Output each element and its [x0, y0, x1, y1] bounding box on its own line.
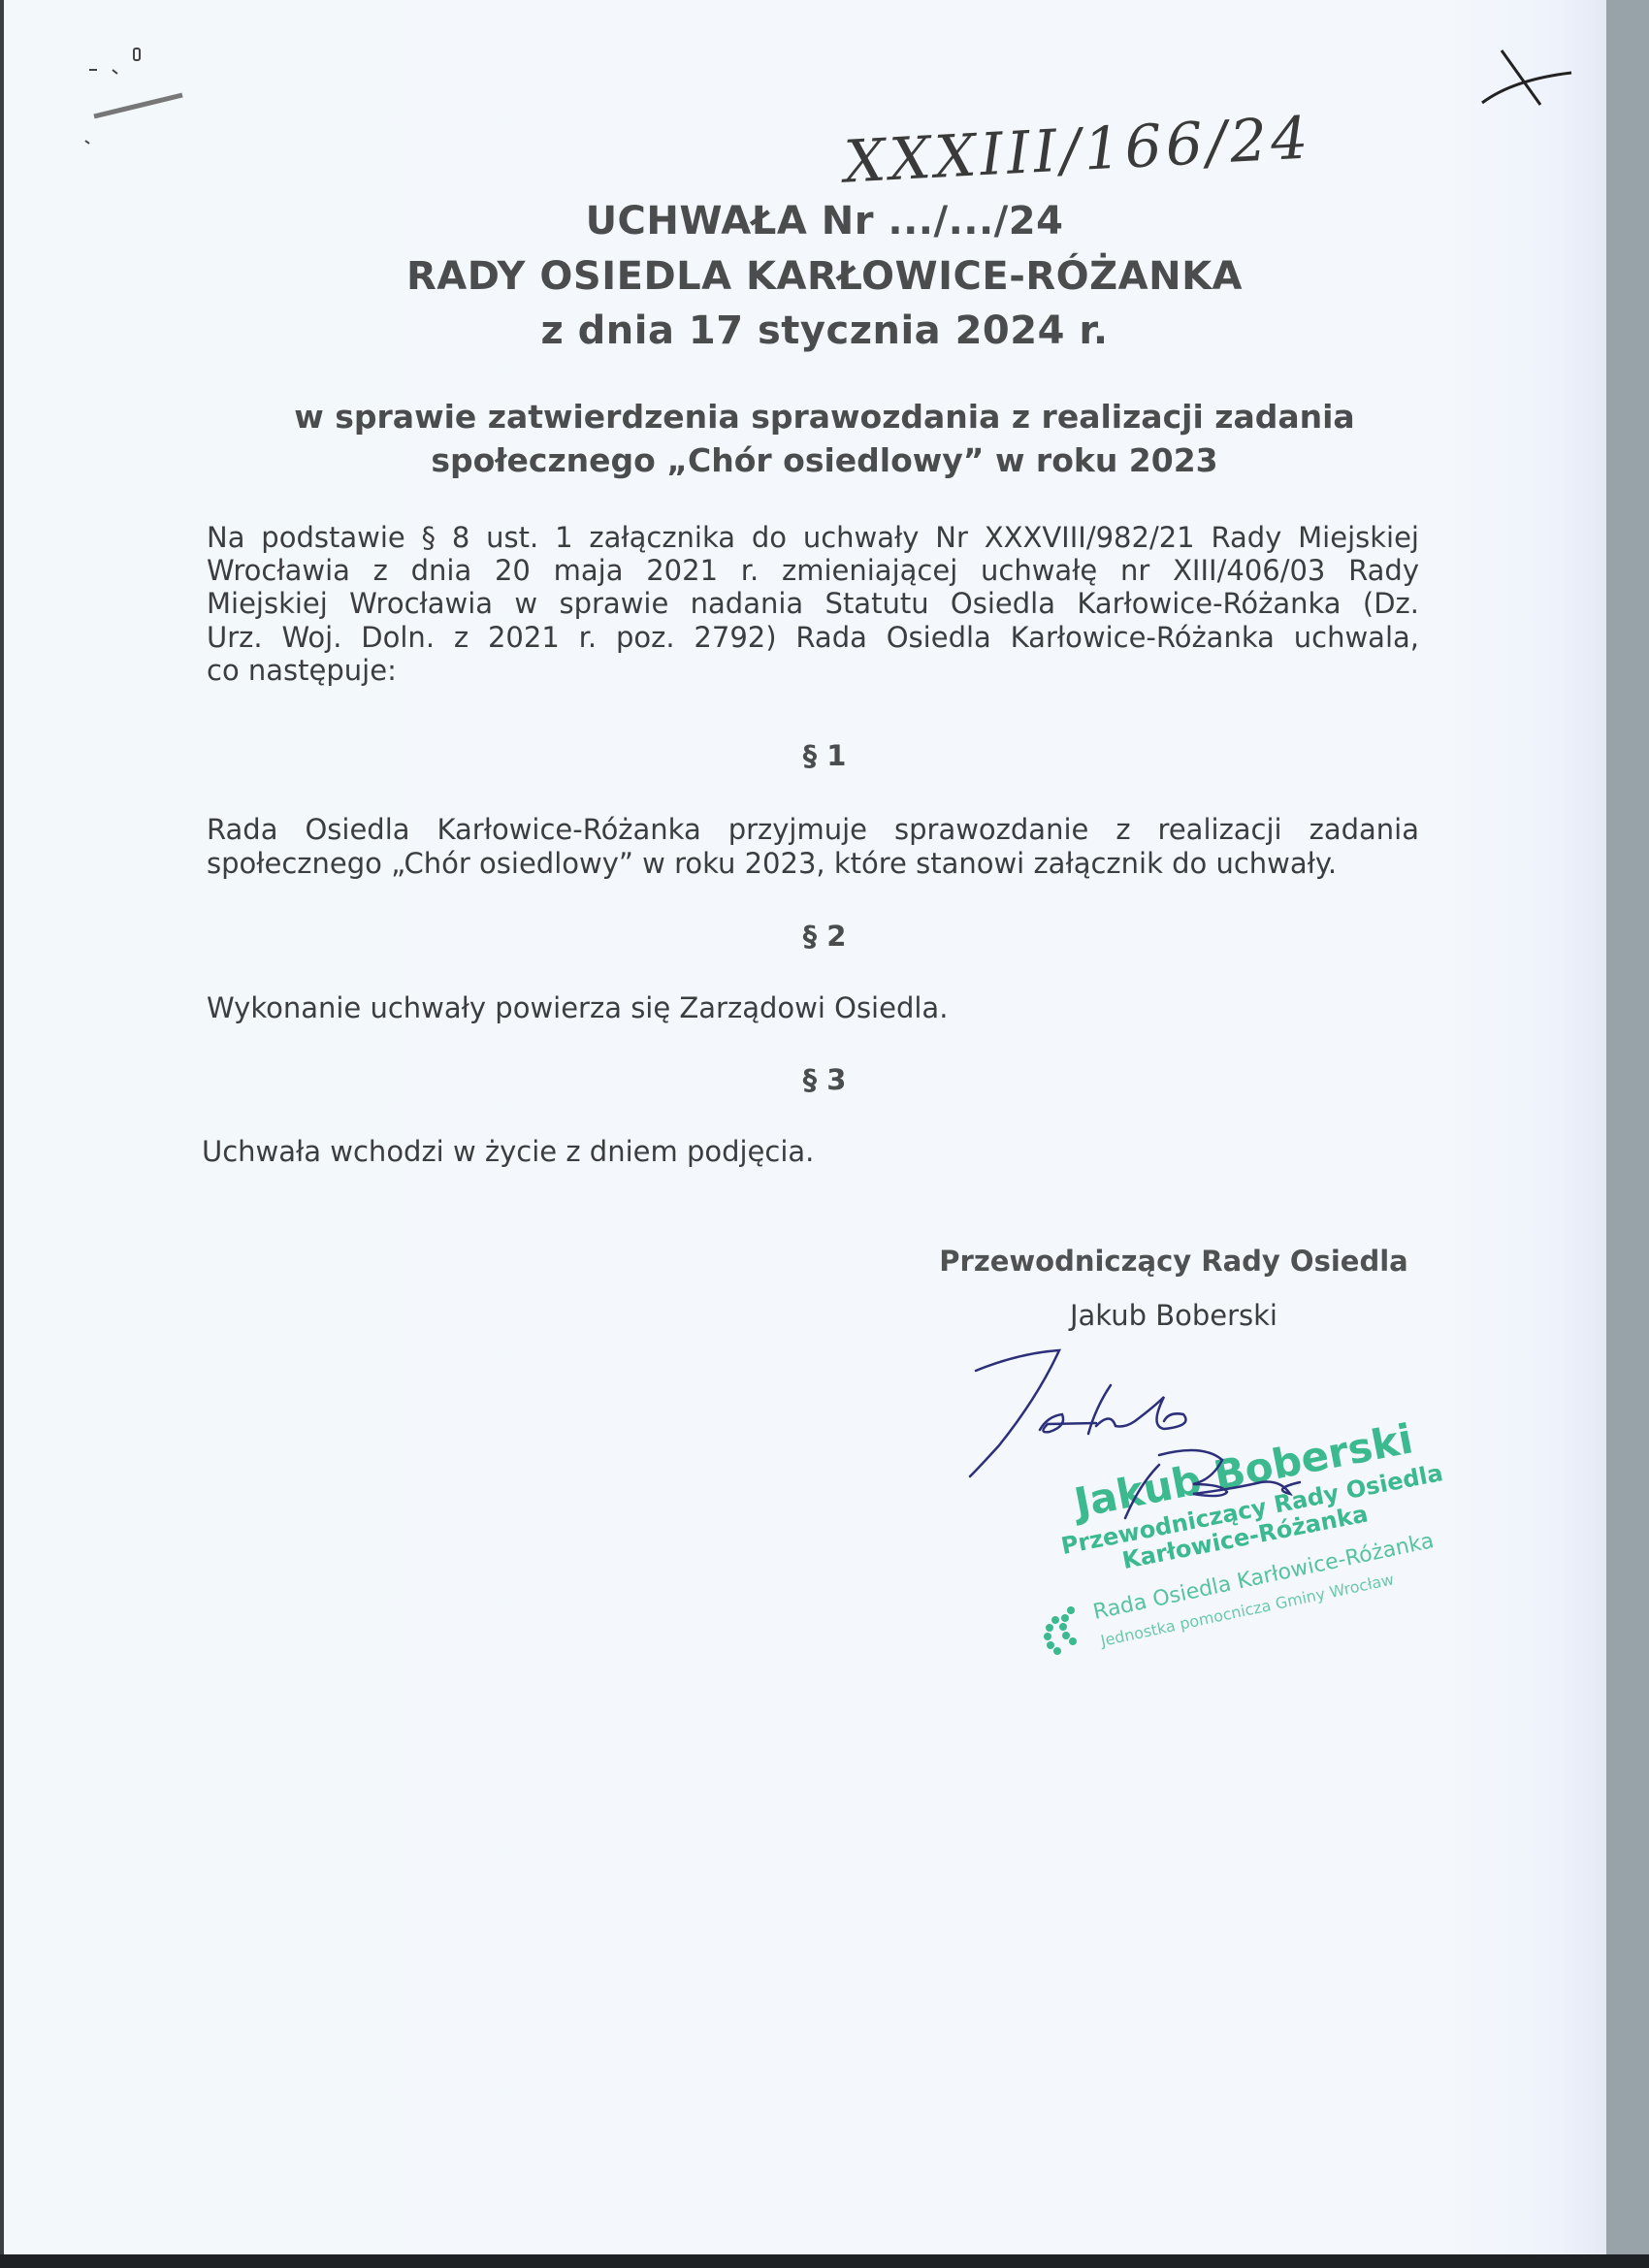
handwritten-signature	[0, 0, 1649, 2268]
